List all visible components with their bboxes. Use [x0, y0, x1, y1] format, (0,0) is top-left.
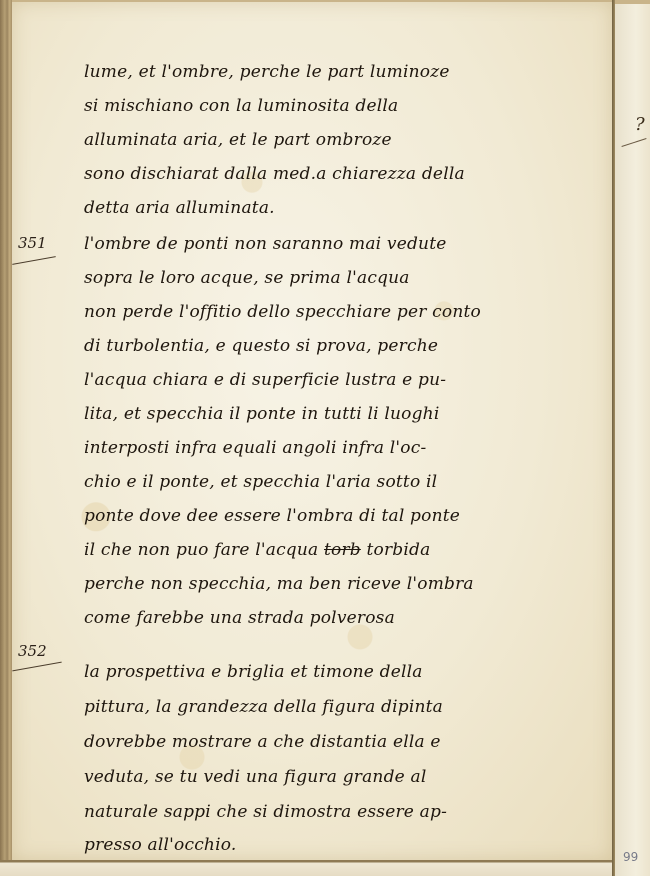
text-line: come farebbe una strada polverosa [84, 608, 395, 628]
manuscript-page: lume, et l'ombre, perche le part luminoz… [12, 2, 612, 860]
text-line: si mischiano con la luminosita della [84, 96, 398, 116]
struck-word: torb [324, 540, 361, 560]
margin-rule [12, 256, 56, 265]
text-line: ponte dove dee essere l'ombra di tal pon… [84, 506, 460, 526]
text-line: pittura, la grandezza della figura dipin… [84, 697, 443, 717]
text-line: dovrebbe mostrare a che distantia ella e [84, 732, 441, 752]
text-line: sopra le loro acque, se prima l'acqua [84, 268, 410, 288]
text-line: non perde l'offitio dello specchiare per… [84, 302, 481, 322]
margin-rule [12, 662, 61, 672]
text-line: sono dischiarat dalla med.a chiarezza de… [84, 164, 465, 184]
text-line: il che non puo fare l'acqua torb torbida [84, 540, 430, 560]
text-line: la prospettiva e briglia et timone della [84, 662, 423, 682]
text-segment: il che non puo fare l'acqua [84, 540, 318, 560]
text-line: interposti infra equali angoli infra l'o… [84, 438, 426, 458]
text-line: detta aria alluminata. [84, 198, 275, 218]
text-line: l'acqua chiara e di superficie lustra e … [84, 370, 446, 390]
book-spine [0, 0, 12, 876]
text-line: perche non specchia, ma ben riceve l'omb… [84, 574, 474, 594]
facing-page-rule [621, 138, 646, 147]
folio-number: 99 [623, 850, 638, 864]
facing-page-edge: ? 99 [615, 4, 650, 876]
text-line: veduta, se tu vedi una figura grande al [84, 767, 427, 787]
text-line: di turbolentia, e questo si prova, perch… [84, 336, 438, 356]
text-line: presso all'occhio. [84, 835, 236, 855]
text-line: l'ombre de ponti non saranno mai vedute [84, 234, 447, 254]
paragraph-number: 352 [18, 642, 47, 660]
paragraph-number: 351 [18, 234, 47, 252]
page-bottom-edge [0, 860, 612, 876]
text-line: naturale sappi che si dimostra essere ap… [84, 802, 447, 822]
text-line: alluminata aria, et le part ombroze [84, 130, 392, 150]
facing-page-mark: ? [635, 114, 645, 135]
text-line: lume, et l'ombre, perche le part luminoz… [84, 62, 450, 82]
text-segment: torbida [366, 540, 430, 560]
text-line: lita, et specchia il ponte in tutti li l… [84, 404, 439, 424]
text-line: chio e il ponte, et specchia l'aria sott… [84, 472, 437, 492]
